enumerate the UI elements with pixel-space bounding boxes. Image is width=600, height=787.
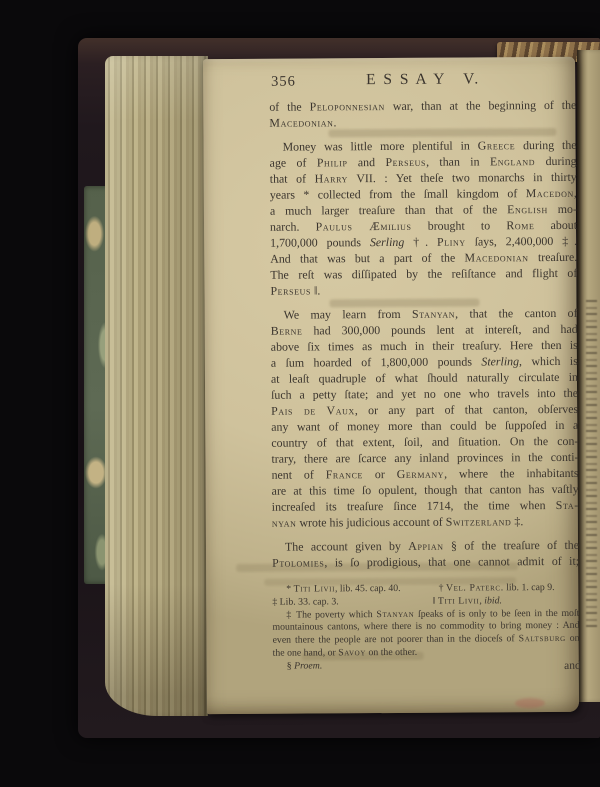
text-segment: Money was little more plentiful in: [282, 138, 477, 153]
text-line: The reſt was diſſipated by the reſiſtanc…: [270, 265, 577, 283]
text-segment-i: Serling: [370, 235, 404, 249]
text-line: at leaſt quadruple of what ſhould natura…: [271, 369, 578, 387]
text-line: that of Harry VII. : Yet theſe two monar…: [270, 169, 577, 187]
text-segment: of the: [269, 99, 309, 113]
text-segment: age of: [270, 155, 317, 169]
page-number: 356: [271, 74, 296, 91]
text-segment-sc: Stanyan: [412, 307, 455, 321]
text-segment: mountainous cantons, where there is no c…: [272, 620, 579, 633]
text-segment-sc: Greece: [478, 138, 516, 152]
paragraph: The account given by Appian § of the tre…: [272, 537, 579, 571]
text-line: We may learn from Stanyan, that the cant…: [271, 305, 578, 323]
text-segment: †: [439, 583, 446, 594]
text-segment: 1,700,000 pounds: [270, 235, 370, 250]
text-segment: ſays, 2,400,000 ‡.: [466, 234, 577, 249]
text-segment: , than in: [426, 154, 490, 168]
text-segment: , that the canton of: [455, 306, 578, 321]
text-segment-sc: English: [507, 202, 548, 216]
text-segment: wrote his judicious account of: [296, 515, 445, 530]
book-page: 356 E S S A Y V. of the Peloponnesian wa…: [203, 57, 579, 714]
text-segment-sc: Ptolomies: [272, 555, 324, 569]
text-segment: during the: [515, 138, 576, 152]
text-segment: country of that extent, ſoil, and ſituat…: [271, 434, 578, 450]
text-line: * Titi Livii, lib. 45. cap. 40.† Vel. Pa…: [272, 582, 579, 597]
text-segment: that of: [270, 171, 315, 185]
text-segment: treaſure.: [529, 250, 578, 264]
text-segment-sc: Philip: [317, 155, 348, 169]
page-edges-stack: [105, 56, 208, 716]
text-segment-sc: Germany: [397, 467, 445, 481]
catchword: and: [273, 660, 581, 674]
text-segment-sc: France: [326, 467, 363, 481]
text-segment: ,: [574, 186, 577, 200]
text-line: a ſum hoarded of 1,800,000 pounds Sterli…: [271, 353, 578, 371]
text-segment-i: Sterling: [481, 354, 519, 368]
text-segment: or: [363, 467, 397, 481]
text-segment-sc: Appian: [408, 539, 443, 553]
text-segment-sc: Titi Livii: [294, 583, 335, 594]
text-segment: any want of money more than could be ſup…: [271, 418, 578, 434]
text-segment: lib. 1. cap 9.: [504, 582, 555, 593]
text-line: years * collected from the ſmall kingdom…: [270, 185, 577, 203]
ink-stain: [515, 698, 545, 708]
text-line: nyan wrote his judicious account of Swit…: [272, 513, 579, 531]
text-segment: , is ſo prodigious, that one cannot admi…: [324, 554, 579, 570]
text-segment: , which is: [519, 354, 578, 368]
text-segment-sc: Macedon: [526, 186, 574, 200]
text-segment: had 300,000 pounds lent at intereſt, and…: [302, 322, 577, 338]
text-segment: on the other.: [366, 647, 417, 658]
text-segment: , or any part of that canton, obſerves: [355, 402, 578, 417]
text-line: Ptolomies, is ſo prodigious, that one ca…: [272, 553, 579, 571]
page-header-title: E S S A Y V.: [269, 70, 577, 90]
text-segment: at leaſt quadruple of what ſhould natura…: [271, 370, 578, 386]
text-segment: and: [347, 155, 385, 169]
text-segment: , lib. 45. cap. 40.: [335, 583, 401, 594]
text-segment-sc: Rome: [506, 218, 534, 232]
text-line: And that was but a part of the Macedonia…: [270, 249, 577, 267]
text-segment: even there the people are not poorer tha…: [273, 633, 519, 646]
text-segment: during: [535, 154, 577, 168]
page-header: 356 E S S A Y V.: [269, 70, 577, 92]
text-segment: The reſt was diſſipated by the reſiſtanc…: [270, 266, 577, 282]
text-line: age of Philip and Perseus, than in Engla…: [270, 153, 577, 171]
text-segment: ‡.: [511, 514, 523, 528]
text-line: country of that extent, ſoil, and ſituat…: [271, 433, 578, 451]
text-segment: increaſed its treaſure ſince 1714, the t…: [272, 498, 556, 514]
text-segment: mo-: [548, 202, 577, 216]
text-segment: the one hand, or: [273, 647, 339, 658]
text-line: of the Peloponnesian war, than at the be…: [269, 97, 576, 115]
text-segment: And that was but a part of the: [270, 251, 464, 266]
text-line: any want of money more than could be ſup…: [271, 417, 578, 435]
text-segment: are at this time ſo opulent, though that…: [272, 482, 579, 498]
text-line: nent of France or Germany, where the inh…: [271, 465, 578, 483]
text-segment: ſpeaks of is only to be ſeen in the moſt: [414, 607, 579, 619]
text-segment: years * collected from the ſmall kingdom…: [270, 186, 526, 202]
text-line: are at this time ſo opulent, though that…: [272, 481, 579, 499]
text-segment: , where the inhabitants: [444, 466, 578, 481]
text-segment: nent of: [272, 467, 326, 481]
adjacent-page-edge: [577, 50, 600, 702]
text-line: The account given by Appian § of the tre…: [272, 537, 579, 555]
text-segment: a much larger treaſure than that of the: [270, 202, 507, 217]
text-segment-sc: Macedonian: [269, 115, 333, 129]
text-segment-sc: Berne: [271, 324, 303, 338]
text-segment-sc: Vel. Paterc.: [446, 582, 504, 593]
body-text: of the Peloponnesian war, than at the be…: [269, 97, 580, 673]
text-segment-sc: Paulus Æmilius: [316, 219, 412, 234]
text-segment: above ſix times as much in their treaſur…: [271, 338, 578, 354]
text-line: ſuch a petty ſtate; and yet no one who t…: [271, 385, 578, 403]
text-segment: a ſum hoarded of 1,800,000 pounds: [271, 354, 482, 369]
text-segment: ſuch a petty ſtate; and yet no one who t…: [271, 386, 578, 402]
text-segment-sc: Perseus: [385, 155, 426, 169]
text-segment: on: [566, 633, 580, 644]
text-segment-sc: England: [490, 154, 535, 168]
text-line: Macedonian.: [269, 113, 576, 131]
text-segment-sc: Harry: [315, 171, 348, 185]
text-line: trary, there are ſcarce any inland provi…: [271, 449, 578, 467]
text-line: narch. Paulus Æmilius brought to Rome ab…: [270, 217, 577, 235]
text-segment-sc: Macedonian: [464, 250, 528, 264]
text-line: even there the people are not poorer tha…: [273, 633, 580, 648]
text-segment: trary, there are ſcarce any inland provi…: [271, 450, 578, 466]
text-line: Berne had 300,000 pounds lent at intereſ…: [271, 321, 578, 339]
text-segment-sc: Perseus: [270, 283, 311, 297]
text-segment-sc: Stanyan: [376, 608, 414, 619]
paragraph: We may learn from Stanyan, that the cant…: [271, 305, 579, 531]
text-segment-sc: nyan: [272, 516, 297, 530]
text-segment: ‖.: [311, 283, 320, 297]
text-segment: § of the treaſure of the: [444, 538, 579, 553]
text-line: Pais de Vaux, or any part of that canton…: [271, 401, 578, 419]
photo-background: 356 E S S A Y V. of the Peloponnesian wa…: [0, 0, 600, 787]
text-segment: The account given by: [285, 539, 408, 554]
adjacent-page-text-fragments: [586, 300, 597, 630]
text-segment: .: [333, 115, 336, 129]
text-segment: brought to: [412, 218, 507, 233]
text-segment-sc: Saltsburg: [519, 633, 566, 644]
text-segment-sc: Switzerland: [446, 514, 512, 528]
text-segment: VII. : Yet theſe two monarchs in thirty: [348, 170, 577, 185]
text-segment: †.: [404, 235, 437, 249]
text-segment-i: ibid.: [484, 595, 502, 606]
paragraph: of the Peloponnesian war, than at the be…: [269, 97, 576, 131]
text-line: Money was little more plentiful in Greec…: [269, 137, 576, 155]
text-line: Perseus ‖.: [270, 281, 577, 299]
paragraph: Money was little more plentiful in Greec…: [269, 137, 577, 299]
text-segment: war, than at the beginning of the: [385, 98, 576, 113]
text-segment: We may learn from: [284, 307, 413, 322]
text-line: a much larger treaſure than that of the …: [270, 201, 577, 219]
text-line: above ſix times as much in their treaſur…: [271, 337, 578, 355]
text-segment: narch.: [270, 219, 316, 233]
text-line: 1,700,000 pounds Serling †. Pliny ſays, …: [270, 233, 577, 251]
text-segment: ‡ The poverty which: [286, 609, 376, 621]
text-segment-sc: Peloponnesian: [310, 99, 385, 113]
text-segment: about: [534, 218, 577, 232]
text-segment-sc: Sta-: [556, 498, 579, 512]
text-segment-sc: Pais de Vaux: [271, 403, 355, 418]
text-segment-sc: Savoy: [338, 647, 366, 658]
text-segment-sc: Pliny: [437, 235, 466, 249]
text-segment-gap2: [339, 604, 433, 605]
text-segment: ‡ Lib. 33. cap. 3.: [272, 596, 338, 607]
text-line: increaſed its treaſure ſince 1714, the t…: [272, 497, 579, 515]
text-segment-sc: Titi Livii: [438, 595, 479, 606]
